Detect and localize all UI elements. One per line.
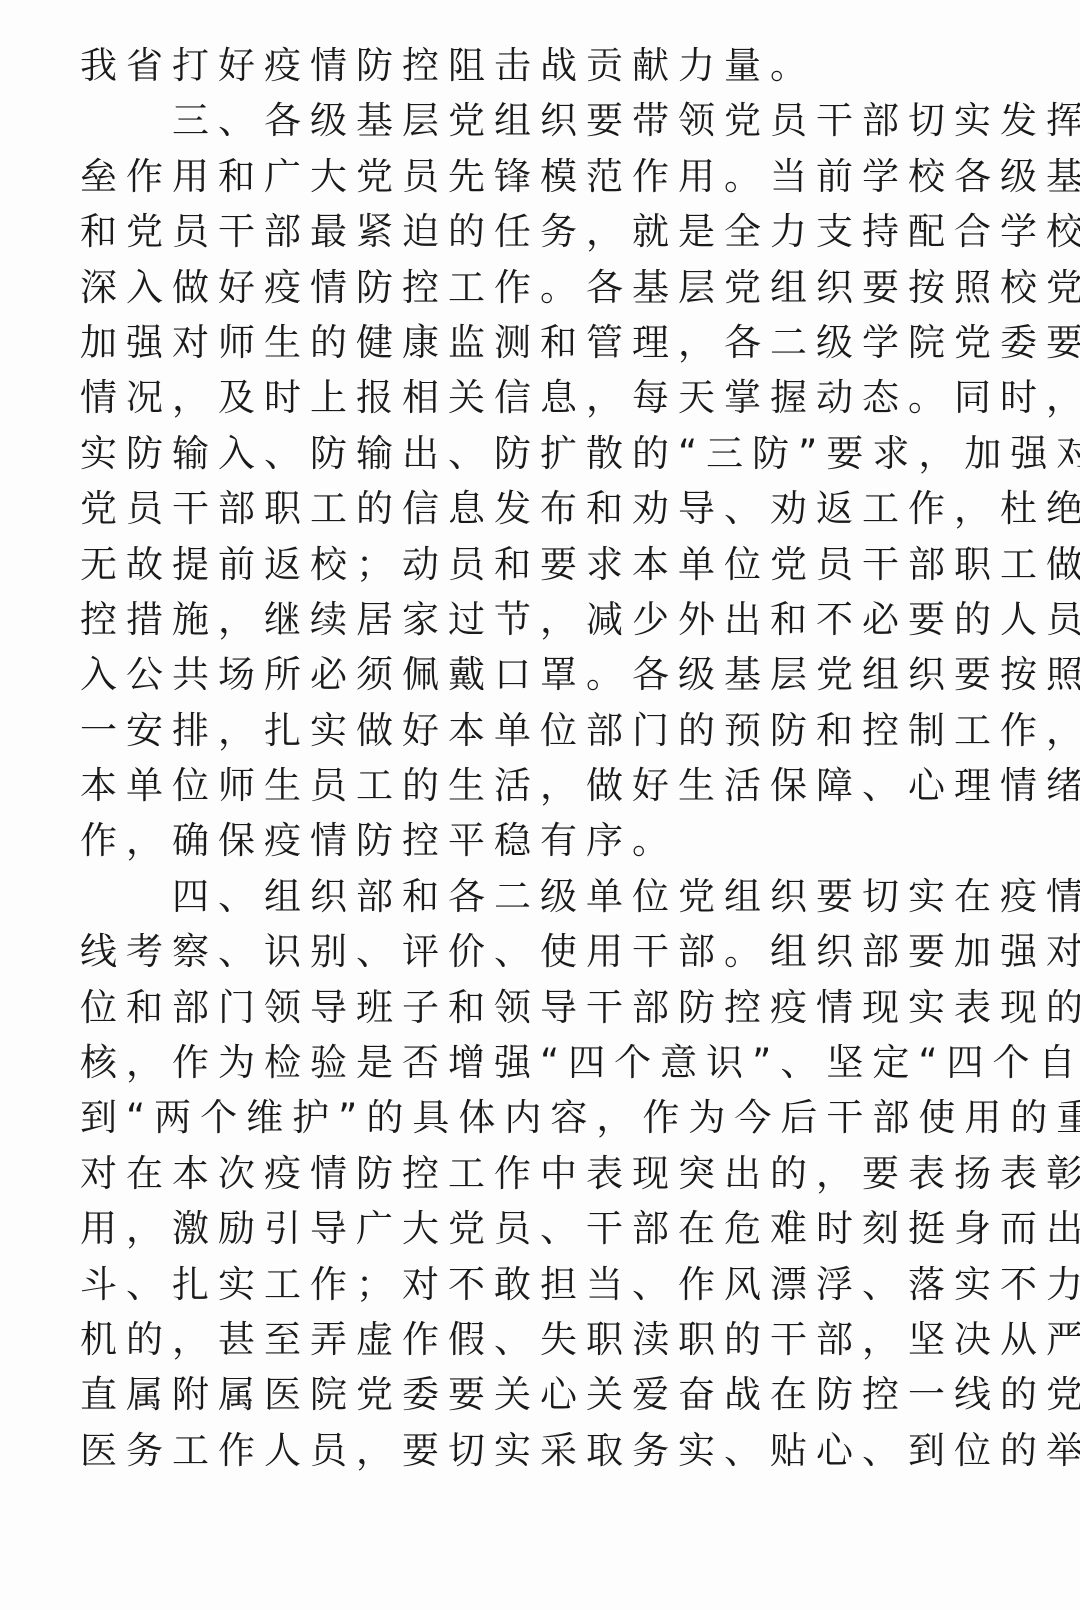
text-line: 垒作用和广大党员先锋模范作用。当前学校各级基层党组织: [80, 149, 964, 204]
text-line: 我省打好疫情防控阻击战贡献力量。: [80, 38, 964, 93]
text-line: 情况，及时上报相关信息，每天掌握动态。同时，要坚决落: [80, 370, 964, 425]
text-line: 控措施，继续居家过节，减少外出和不必要的人员流动，出: [80, 592, 964, 647]
text-line: 深入做好疫情防控工作。各基层党组织要按照校党委要求，: [80, 260, 964, 315]
text-line: 无故提前返校；动员和要求本单位党员干部职工做好各项防: [80, 537, 964, 592]
paragraph-4-heading-line: 四、组织部和各二级单位党组织要切实在疫情防控一: [80, 869, 964, 924]
document-page: 我省打好疫情防控阻击战贡献力量。 三、各级基层党组织要带领党员干部切实发挥好战斗…: [0, 0, 1080, 1610]
paragraph-3-heading-line: 三、各级基层党组织要带领党员干部切实发挥好战斗堡: [80, 93, 964, 148]
text-line: 用，激励引导广大党员、干部在危难时刻挺身而出、英勇奋: [80, 1201, 964, 1256]
text-line: 到“两个维护”的具体内容，作为今后干部使用的重要依据。: [80, 1090, 964, 1145]
text-line: 斗、扎实工作；对不敢担当、作风漂浮、落实不力、贻误战: [80, 1257, 964, 1312]
text-line: 对在本次疫情防控工作中表现突出的，要表扬表彰、大胆使: [80, 1146, 964, 1201]
text-line: 本单位师生员工的生活，做好生活保障、心理情绪疏导等工: [80, 758, 964, 813]
text-line: 医务工作人员，要切实采取务实、贴心、到位的举措，解决: [80, 1423, 964, 1478]
text-line: 党员干部职工的信息发布和劝导、劝返工作，杜绝离校师生: [80, 481, 964, 536]
text-line: 直属附属医院党委要关心关爱奋战在防控一线的党员干部、: [80, 1367, 964, 1422]
text-line: 作，确保疫情防控平稳有序。: [80, 813, 964, 868]
text-line: 加强对师生的健康监测和管理，各二级学院党委要摸清学生: [80, 315, 964, 370]
text-line: 一安排，扎实做好本单位部门的预防和控制工作，主动关心: [80, 703, 964, 758]
text-line: 和党员干部最紧迫的任务，就是全力支持配合学校党委扎实: [80, 204, 964, 259]
text-line: 入公共场所必须佩戴口罩。各级基层党组织要按照校党委统: [80, 647, 964, 702]
text-line: 实防输入、防输出、防扩散的“三防”要求，加强对本单位: [80, 426, 964, 481]
text-line: 机的，甚至弄虚作假、失职渎职的干部，坚决从严查处。各: [80, 1312, 964, 1367]
document-body: 我省打好疫情防控阻击战贡献力量。 三、各级基层党组织要带领党员干部切实发挥好战斗…: [80, 38, 964, 1478]
text-line: 核，作为检验是否增强“四个意识”、坚定“四个自信”、做: [80, 1035, 964, 1090]
text-line: 线考察、识别、评价、使用干部。组织部要加强对各二级单: [80, 924, 964, 979]
text-line: 位和部门领导班子和领导干部防控疫情现实表现的考察考: [80, 980, 964, 1035]
